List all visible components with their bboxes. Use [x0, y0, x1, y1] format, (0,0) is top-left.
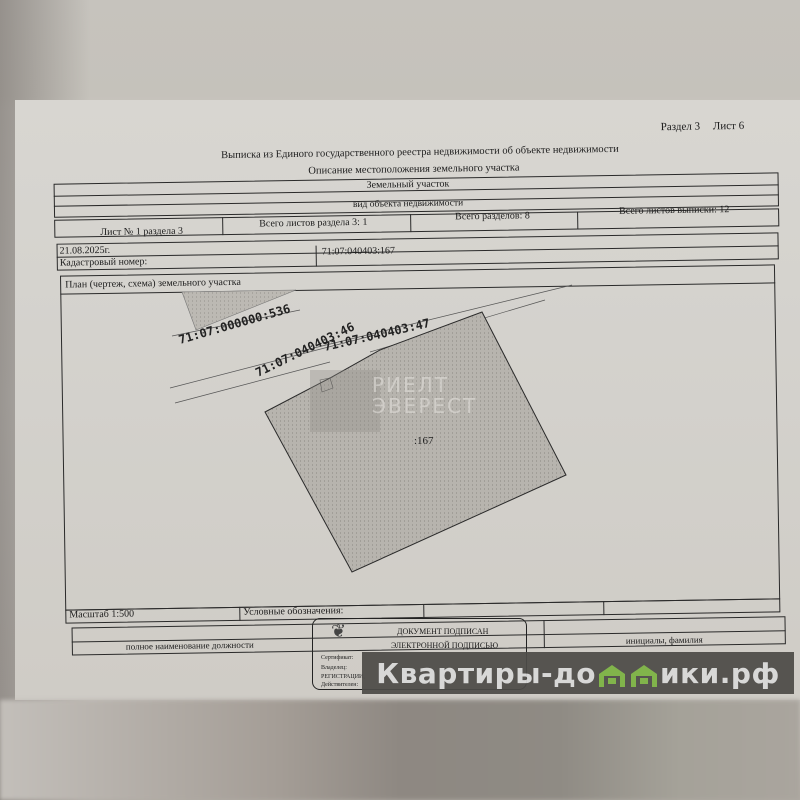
- house-icon: [629, 662, 659, 684]
- brand-text-end: ики.рф: [660, 657, 780, 690]
- stamp-line1: ДОКУМЕНТ ПОДПИСАН: [397, 627, 488, 636]
- stamp-line2: ЭЛЕКТРОННОЙ ПОДПИСЬЮ: [391, 641, 498, 650]
- stamp-valid: Действителен:: [321, 682, 358, 688]
- brand-watermark: Квартиры-до ики.рф: [362, 652, 794, 694]
- svg-text::167: :167: [414, 435, 434, 447]
- emblem-icon: ❦: [331, 621, 346, 642]
- stamp-reg: РЕГИСТРАЦИИ,: [321, 674, 365, 680]
- house-icon: [597, 662, 627, 684]
- brand-text-start: Квартиры-до: [376, 657, 596, 690]
- stamp-owner: Владелец:: [321, 665, 347, 671]
- svg-text:ЭВЕРЕСТ: ЭВЕРЕСТ: [372, 394, 477, 418]
- stamp-cert: Сертификат:: [321, 655, 353, 661]
